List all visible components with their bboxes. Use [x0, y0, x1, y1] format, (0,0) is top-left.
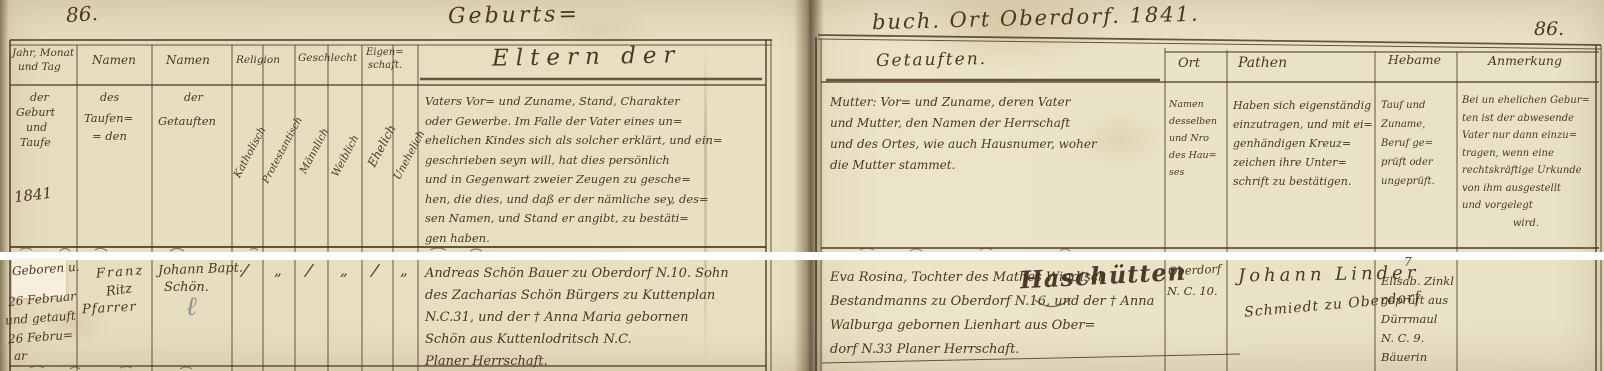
subheader-date: Geburt [16, 107, 55, 118]
entry-baptizer: Pfarrer [82, 301, 137, 317]
col-header-date-2: und Tag [18, 62, 61, 73]
instruction-line: ten ist der abwesende [1462, 110, 1590, 128]
col-header-legitimacy-2: schaft. [368, 61, 402, 71]
instruction-line: und Nro [1169, 130, 1217, 147]
subheader-date: und [26, 122, 47, 133]
splice-gap [0, 252, 1604, 260]
instruction-line: rechtskräftige Urkunde [1462, 162, 1590, 180]
instruction-line: genhändigen Kreuz= [1233, 134, 1373, 153]
entry-ort: N. C. 10. [1167, 286, 1218, 298]
subheader-baptizer: Taufen= [84, 113, 133, 125]
entry-mother-line: dorf N.33 Planer Herrschaft. [830, 338, 1154, 362]
entry-hebame-line: N. C. 9. [1381, 329, 1454, 348]
entry-hebame-line: Dürrmaul [1381, 310, 1454, 329]
col-header-name-baptizer: Namen [92, 54, 136, 66]
instruction-line: von ihm ausgestellt [1462, 180, 1590, 198]
instruction-line: gen haben. [425, 229, 723, 249]
col-header-hebame: Hebame [1388, 54, 1441, 67]
entry-hebame-line: Bäuerin [1381, 348, 1454, 367]
mark-unehelich: „ [400, 263, 408, 278]
col-header-anmerkung: Anmerkung [1488, 55, 1562, 68]
entry-father-line: Planer Herrschaft. [425, 351, 729, 371]
pencil-mark: ℓ [186, 294, 197, 320]
entry-father-line: des Zacharias Schön Bürgers zu Kuttenpla… [425, 285, 729, 307]
instruction-line: und des Ortes, wie auch Hausnumer, woher [830, 134, 1097, 155]
birth-register-scan: 86. Geburts= Jahr, Monat und Tag Namen N… [0, 0, 1604, 371]
godparent-seven-mark: 7 [1404, 256, 1412, 268]
instruction-line: einzutragen, und mit ei= [1233, 115, 1373, 134]
father-instruction: Vaters Vor= und Zuname, Stand, Charakter… [425, 92, 723, 248]
col-header-religion: Religion [236, 55, 280, 66]
entry-hebame-line: geprüft aus [1381, 291, 1454, 310]
instruction-line: die Mutter stammet. [830, 155, 1097, 176]
anmerkung-instruction: Bei un ehelichen Gebur= ten ist der abwe… [1462, 92, 1590, 232]
col-header-name-baptized: Namen [166, 54, 210, 66]
col-header-parents: Eltern der [492, 44, 682, 70]
instruction-line: Mutter: Vor= und Zuname, deren Vater [830, 92, 1097, 113]
hebame-instruction: Tauf und Zuname, Beruf ge= prüft oder un… [1381, 96, 1435, 191]
instruction-line: Namen [1169, 96, 1217, 113]
mother-instruction: Mutter: Vor= und Zuname, deren Vater und… [830, 92, 1097, 176]
entry-father-line: Andreas Schön Bauer zu Oberdorf N.10. So… [425, 263, 729, 285]
entry-baptized: Johann Bapt. [158, 262, 243, 278]
instruction-line: zeichen ihre Unter= [1233, 153, 1373, 172]
entry-hebame: Elisab. Zinkl geprüft aus Dürrmaul N. C.… [1381, 272, 1454, 367]
right-page-number: 86. [1534, 20, 1564, 39]
entry-ort: Oberdorf [1168, 264, 1222, 278]
instruction-line: Vater nur dann einzu= [1462, 127, 1590, 145]
instruction-line: Beruf ge= [1381, 134, 1435, 153]
subheader-date: Taufe [20, 137, 51, 148]
instruction-line: oder Gewerbe. Im Falle der Vater eines u… [425, 112, 723, 132]
pathen-instruction: Haben sich eigenständig einzutragen, und… [1233, 96, 1373, 191]
entry-father-line: Schön aus Kuttenlodritsch N.C. [425, 329, 729, 351]
subheader-date: der [30, 92, 49, 103]
instruction-line: und Mutter, den Namen der Herrschaft [830, 113, 1097, 134]
instruction-line: Haben sich eigenständig [1233, 96, 1373, 115]
instruction-line: des Hau= [1169, 147, 1217, 164]
entry-hebame-line: Elisab. Zinkl [1381, 272, 1454, 291]
entry-baptizer: Ritz [105, 282, 133, 298]
instruction-line: ehelichen Kindes sich als solcher erklär… [425, 131, 723, 151]
instruction-line: und in Gegenwart zweier Zeugen zu gesche… [425, 170, 723, 190]
subheader-baptizer: des [100, 92, 119, 103]
instruction-line: und vorgelegt [1462, 197, 1590, 215]
instruction-line: ses [1169, 164, 1217, 181]
entry-father: Andreas Schön Bauer zu Oberdorf N.10. So… [425, 263, 729, 371]
subheader-baptizer: = den [92, 131, 127, 143]
instruction-line: wird. [1462, 215, 1590, 233]
col-header-sex: Geschlecht [298, 53, 357, 64]
instruction-line: geschrieben seyn will, hat dies persönli… [425, 151, 723, 171]
subheader-baptized: der [184, 92, 203, 103]
instruction-line: tragen, wenn eine [1462, 145, 1590, 163]
entry-baptizer: Franz [96, 264, 145, 280]
entry-mother-line: Bestandmanns zu Oberdorf N.16, und der †… [830, 290, 1154, 314]
instruction-line: Vaters Vor= und Zuname, Stand, Charakter [425, 92, 723, 112]
instruction-line: ungeprüft. [1381, 172, 1435, 191]
mark-weiblich: „ [340, 263, 348, 278]
entry-date: ar [14, 350, 27, 362]
instruction-line: Bei un ehelichen Gebur= [1462, 92, 1590, 110]
col-header-mother: Getauften. [876, 51, 987, 70]
instruction-line: sen Namen, und Stand er angibt, zu bestä… [425, 209, 723, 229]
instruction-line: desselben [1169, 113, 1217, 130]
ort-instruction: Namen desselben und Nro des Hau= ses [1169, 96, 1217, 181]
col-header-legitimacy: Eigen= [366, 48, 404, 58]
instruction-line: Zuname, [1381, 115, 1435, 134]
instruction-line: prüft oder [1381, 153, 1435, 172]
entry-mother-line: Walburga gebornen Lienhart aus Ober= [830, 314, 1154, 338]
left-page-title: Geburts= [448, 4, 580, 28]
instruction-line: schrift zu bestätigen. [1233, 172, 1373, 191]
col-header-pathen: Pathen [1238, 56, 1287, 70]
left-page-number: 86. [65, 3, 98, 25]
subheader-baptized: Getauften [158, 116, 216, 128]
instruction-line: hen, die dies, und daß er der nämliche s… [425, 190, 723, 210]
entry-father-line: N.C.31, und der † Anna Maria gebornen [425, 307, 729, 329]
instruction-line: Tauf und [1381, 96, 1435, 115]
col-header-ort: Ort [1178, 57, 1200, 70]
mark-protestantisch: „ [274, 263, 282, 278]
subheader-year: 1841 [13, 186, 53, 206]
col-header-date: Jahr, Monat [12, 48, 74, 59]
